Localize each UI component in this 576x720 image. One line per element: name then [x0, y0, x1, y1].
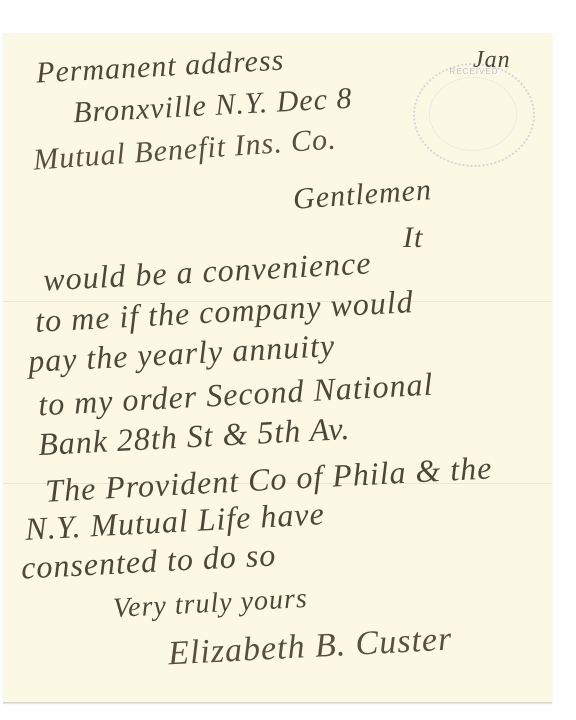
letter-line-closing: Very truly yours [112, 583, 308, 625]
letter-line-address-date: Bronxville N.Y. Dec 8 [72, 82, 353, 131]
letter-line-recipient: Mutual Benefit Ins. Co. [32, 122, 337, 177]
letter-line-body: It [403, 221, 423, 255]
letter-line-salutation: Gentlemen [292, 173, 433, 217]
letter-paper: RECEIVED Permanent address Jan Bronxvill… [3, 33, 552, 703]
stamp-inner-ring [429, 77, 517, 151]
letter-signature: Elizabeth B. Custer [167, 621, 453, 674]
corner-note: Jan [473, 47, 511, 74]
received-stamp: RECEIVED [413, 63, 535, 167]
letter-line-address-label: Permanent address [35, 44, 285, 91]
